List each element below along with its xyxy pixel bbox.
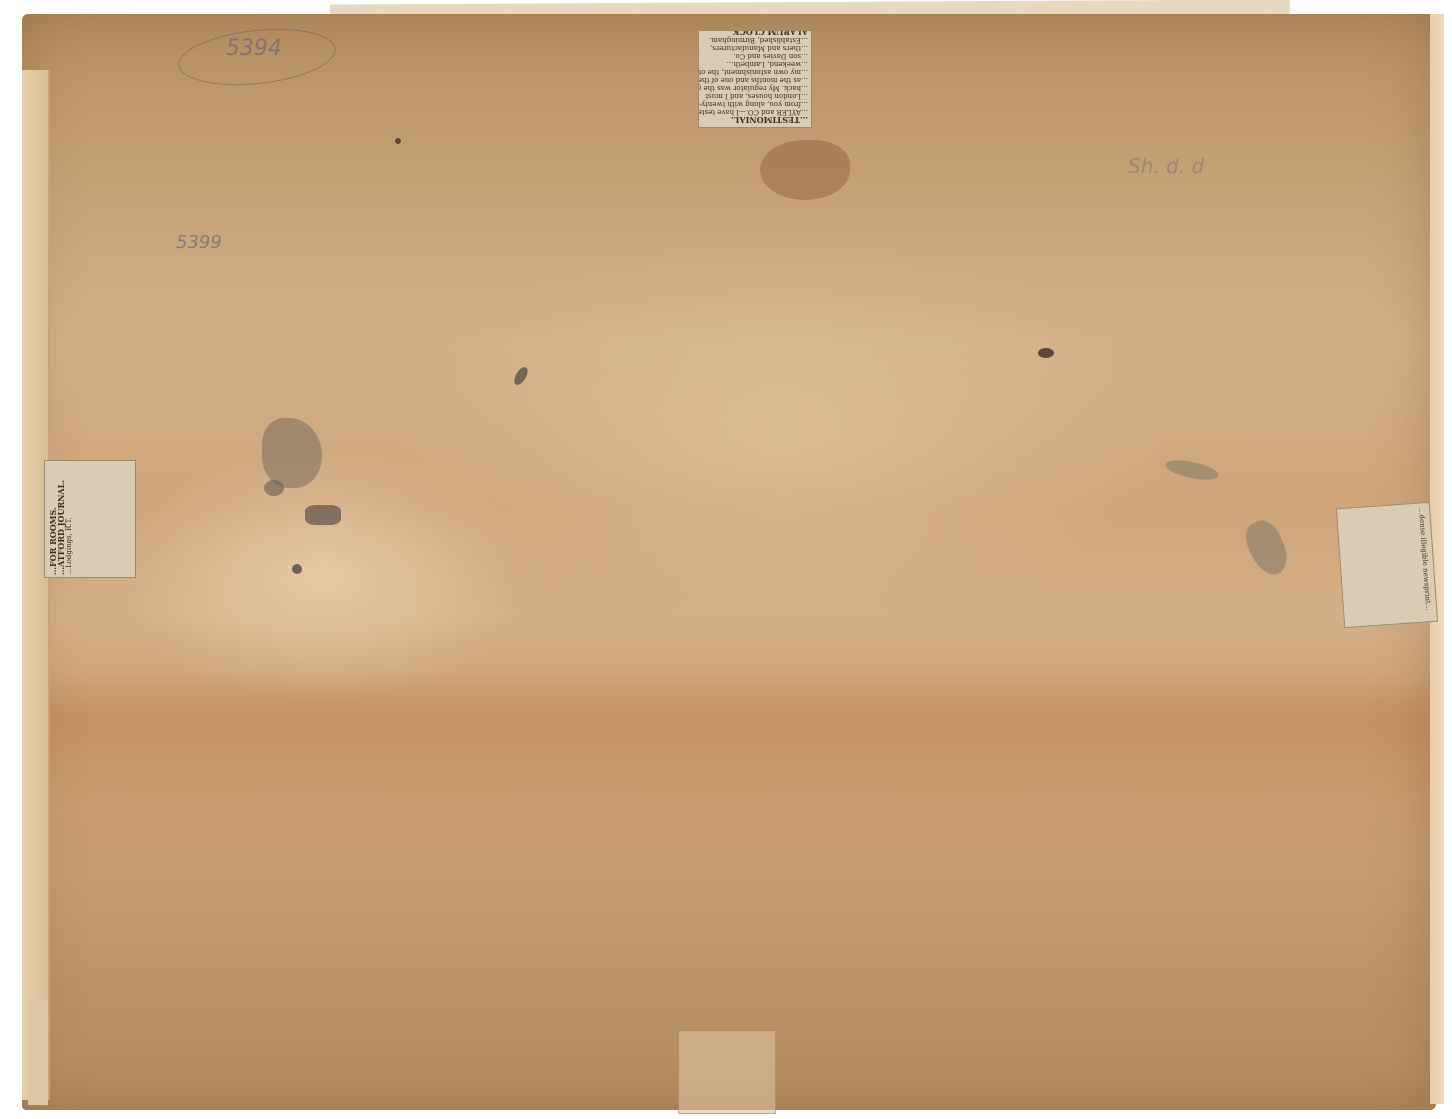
clipping-line: …thers and Manufacturers, [702, 44, 808, 52]
clipping-line: …Lodgings, R.T. [65, 465, 73, 575]
clipping-line: …dense illegible newsprint… [1417, 507, 1433, 623]
clipping-line: …ATFORD JOURNAL. [57, 465, 65, 575]
smudge-stain [760, 140, 850, 200]
clipping-line: …Established, Birmingham. [702, 36, 808, 44]
clipping-line: …TESTIMONIAL. [702, 116, 808, 124]
newspaper-clipping-top: …TESTIMONIAL. …AYLER and CO.—I have test… [698, 30, 812, 128]
newspaper-clipping-left: …FOR ROOMS. …ATFORD JOURNAL. …Lodgings, … [44, 460, 136, 578]
clipping-line: …London houses, and I must [702, 92, 808, 100]
pencil-inventory-number-top: 5394 [226, 36, 282, 61]
ink-spot [395, 138, 401, 144]
paper-patch-bottom [678, 1030, 776, 1114]
ink-spot [1038, 348, 1054, 358]
torn-corner [28, 1000, 48, 1105]
clipping-line: …as the months and one of the [702, 76, 808, 84]
left-edge-paper-strip [22, 70, 50, 1100]
clipping-line: …weekend, Lambeth… [702, 60, 808, 68]
water-stain [305, 505, 341, 525]
clipping-line: …AYLER and CO.—I have tested the [702, 108, 808, 116]
water-stain [264, 480, 284, 496]
newspaper-clipping-right: …dense illegible newsprint… [1336, 502, 1438, 628]
aged-board-back [22, 14, 1436, 1110]
clipping-line: …my own astonishment, the other being [702, 68, 808, 76]
clipping-line: …son Davies and Co. [702, 52, 808, 60]
pencil-faint-inscription: Sh. d. d [1128, 154, 1204, 178]
clipping-line: …back. My regulator was the great [702, 84, 808, 92]
water-stain [292, 564, 302, 574]
pencil-inventory-number-left: 5399 [176, 232, 222, 253]
clipping-line: …from you, along with twenty-four [702, 100, 808, 108]
